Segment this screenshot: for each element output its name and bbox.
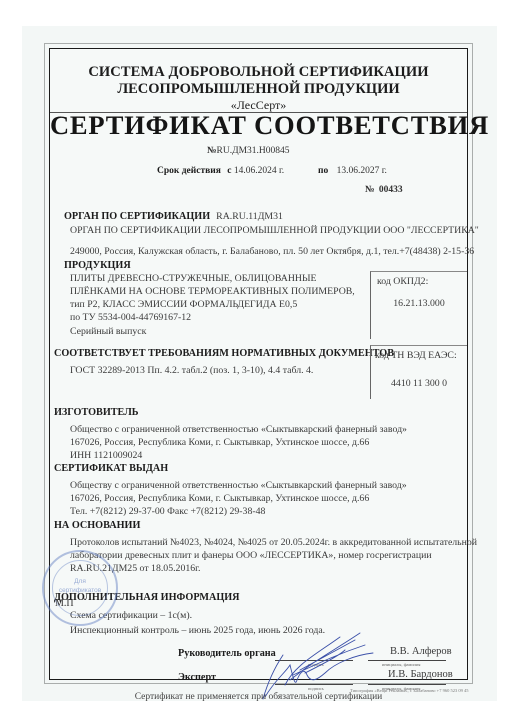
manufacturer-line-2: 167026, Россия, Республика Коми, г. Сыкт…: [70, 437, 369, 448]
head-name-caption: инициалы, фамилия: [382, 662, 421, 667]
valid-from: 14.06.2024 г.: [234, 166, 284, 176]
product-line-5: Серийный выпуск: [70, 326, 146, 337]
seal-text-2: сертификатов: [44, 587, 116, 594]
expert-label: Эксперт: [178, 672, 216, 683]
product-line-3: тип Р2, КЛАСС ЭМИССИИ ФОРМАЛЬДЕГИДА Е0,5: [70, 299, 297, 310]
okpd2-value: 16.21.13.000: [371, 298, 467, 309]
to-label: по: [318, 166, 328, 176]
seal-text-1: Для: [44, 578, 116, 585]
certificate-number: №RU.ДМ31.Н00845: [207, 146, 290, 156]
certification-body-heading: ОРГАН ПО СЕРТИФИКАЦИИ RA.RU.11ДМ31: [64, 206, 283, 224]
expert-name: И.В. Бардонов: [388, 669, 453, 680]
issued-to-line-1: Обществу с ограниченной ответственностью…: [70, 480, 407, 491]
official-seal: Для сертификатов: [42, 550, 118, 626]
certificate-number-value: RU.ДМ31.Н00845: [217, 146, 290, 156]
issued-to-label: СЕРТИФИКАТ ВЫДАН: [54, 463, 168, 474]
manufacturer-label: ИЗГОТОВИТЕЛЬ: [54, 407, 139, 418]
manufacturer-line-3: ИНН 1121009024: [70, 450, 142, 461]
product-line-4: по ТУ 5534-004-44769167-12: [70, 312, 191, 323]
validity-label: Срок действия: [157, 166, 221, 176]
basis-line-2: лаборатории древесных плит и фанеры ООО …: [70, 550, 432, 561]
certification-body-label: ОРГАН ПО СЕРТИФИКАЦИИ: [64, 211, 210, 222]
validity-end: по 13.06.2027 г.: [318, 166, 387, 176]
printer-info: Типография «Вещи Рекламы», г. Балабаново…: [350, 688, 468, 693]
certification-body-name: ОРГАН ПО СЕРТИФИКАЦИИ ЛЕСОПРОМЫШЛЕННОЙ П…: [70, 225, 479, 236]
valid-to: 13.06.2027 г.: [337, 166, 387, 176]
product-line-1: ПЛИТЫ ДРЕВЕСНО-СТРУЖЕЧНЫЕ, ОБЛИЦОВАННЫЕ: [70, 273, 317, 284]
certification-body-code: RA.RU.11ДМ31: [216, 211, 283, 222]
product-label: ПРОДУКЦИЯ: [64, 260, 131, 271]
head-name: В.В. Алферов: [390, 646, 452, 657]
voluntary-note: Сертификат не применяется при обязательн…: [50, 692, 467, 702]
tnved-value: 4410 11 300 0: [371, 378, 467, 389]
certificate-title: СЕРТИФИКАТ СООТВЕТСТВИЯ: [50, 110, 467, 141]
basis-label: НА ОСНОВАНИИ: [54, 520, 140, 531]
product-line-2: ПЛЁНКАМИ НА ОСНОВЕ ТЕРМОРЕАКТИВНЫХ ПОЛИМ…: [70, 286, 355, 297]
tnved-code-box: код ТН ВЭД ЕАЭС: 4410 11 300 0: [370, 345, 467, 399]
manufacturer-line-1: Общество с ограниченной ответственностью…: [70, 424, 407, 435]
issued-to-line-2: 167026, Россия, Республика Коми, г. Сыкт…: [70, 493, 369, 504]
validity-period: Срок действия с 14.06.2024 г.: [157, 166, 284, 176]
system-title-line-1: СИСТЕМА ДОБРОВОЛЬНОЙ СЕРТИФИКАЦИИ: [50, 64, 467, 81]
tnved-label: код ТН ВЭД ЕАЭС:: [375, 350, 457, 361]
compliance-label: СООТВЕТСТВУЕТ ТРЕБОВАНИЯМ НОРМАТИВНЫХ ДО…: [54, 348, 394, 359]
basis-line-1: Протоколов испытаний №4023, №4024, №4025…: [70, 537, 477, 548]
certification-body-address: 249000, Россия, Калужская область, г. Ба…: [70, 246, 474, 257]
blank-number-value: 00433: [379, 185, 403, 195]
okpd2-label: код ОКПД2:: [377, 276, 428, 287]
from-label: с: [227, 166, 231, 176]
stamp-place-label: М.П: [55, 598, 74, 609]
number-sign: №: [207, 146, 217, 156]
system-title-line-2: ЛЕСОПРОМЫШЛЕННОЙ ПРОДУКЦИИ: [50, 81, 467, 98]
blank-number-sign: №: [365, 185, 375, 195]
blank-number: № 00433: [365, 185, 403, 195]
compliance-text: ГОСТ 32289-2013 Пп. 4.2. табл.2 (поз. 1,…: [70, 365, 313, 376]
issued-to-line-3: Тел. +7(8212) 29-37-00 Факс +7(8212) 29-…: [70, 506, 265, 517]
okpd2-code-box: код ОКПД2: 16.21.13.000: [370, 271, 467, 339]
